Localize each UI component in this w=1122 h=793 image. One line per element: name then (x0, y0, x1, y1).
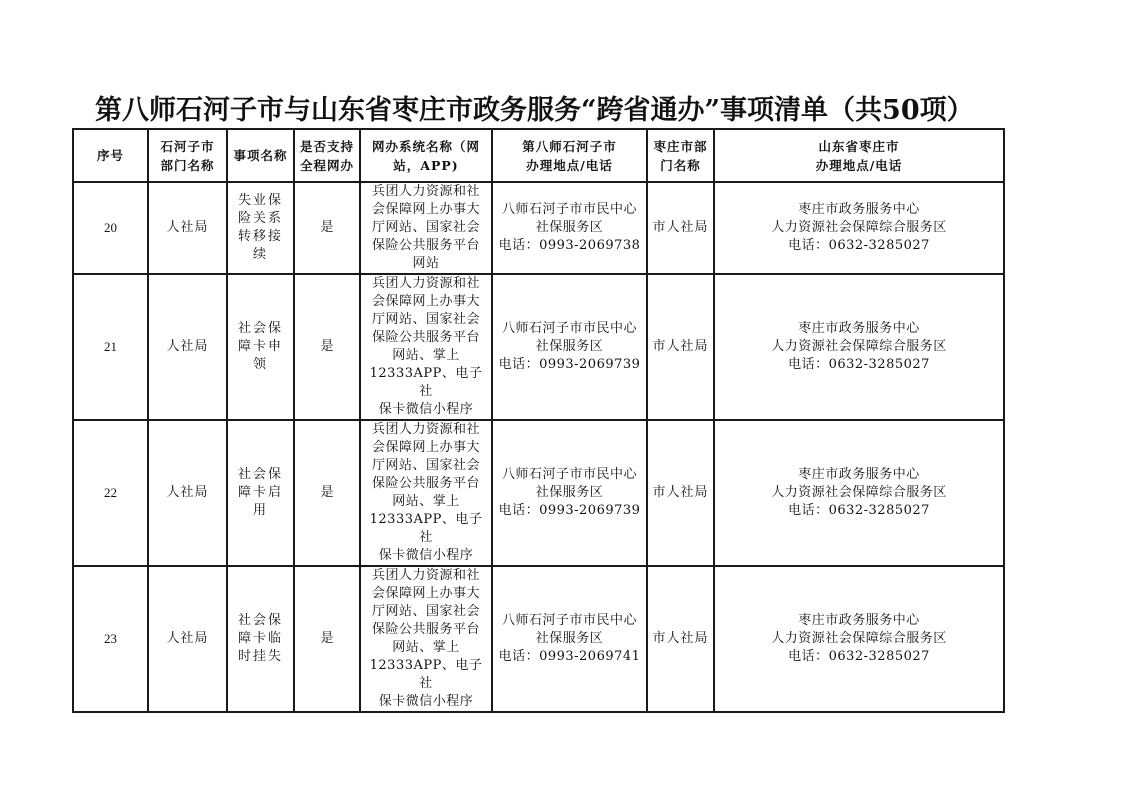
cell-no: 21 (73, 274, 148, 420)
header-system: 网办系统名称（网站，APP) (360, 129, 492, 182)
cell-shz-location: 八师石河子市市民中心社保服务区电话：0993-2069739 (492, 420, 647, 566)
cell-item-name: 失业保险关系转移接续 (227, 182, 294, 274)
cell-shz-dept: 人社局 (148, 182, 227, 274)
cell-shz-dept: 人社局 (148, 566, 227, 712)
cell-system: 兵团人力资源和社会保障网上办事大厅网站、国家社会保险公共服务平台网站 (360, 182, 492, 274)
cell-online: 是 (294, 420, 360, 566)
cell-online: 是 (294, 182, 360, 274)
header-item-name: 事项名称 (227, 129, 294, 182)
cell-shz-dept: 人社局 (148, 274, 227, 420)
services-table: 序号 石河子市部门名称 事项名称 是否支持全程网办 网办系统名称（网站，APP)… (72, 128, 1005, 713)
table-row: 21 人社局 社会保障卡申领 是 兵团人力资源和社会保障网上办事大厅网站、国家社… (73, 274, 1004, 420)
header-shz-dept: 石河子市部门名称 (148, 129, 227, 182)
cell-no: 22 (73, 420, 148, 566)
cell-item-name: 社会保障卡启用 (227, 420, 294, 566)
table-row: 23 人社局 社会保障卡临时挂失 是 兵团人力资源和社会保障网上办事大厅网站、国… (73, 566, 1004, 712)
cell-item-name: 社会保障卡临时挂失 (227, 566, 294, 712)
cell-item-name: 社会保障卡申领 (227, 274, 294, 420)
header-shz-location: 第八师石河子市办理地点/电话 (492, 129, 647, 182)
header-zz-dept: 枣庄市部门名称 (647, 129, 714, 182)
cell-shz-location: 八师石河子市市民中心社保服务区电话：0993-2069741 (492, 566, 647, 712)
cell-no: 20 (73, 182, 148, 274)
cell-shz-location: 八师石河子市市民中心社保服务区电话：0993-2069739 (492, 274, 647, 420)
cell-shz-dept: 人社局 (148, 420, 227, 566)
document-title: 第八师石河子市与山东省枣庄市政务服务“跨省通办”事项清单（共50项） (95, 93, 1015, 129)
cell-system: 兵团人力资源和社会保障网上办事大厅网站、国家社会保险公共服务平台网站、掌上123… (360, 566, 492, 712)
cell-shz-location: 八师石河子市市民中心社保服务区电话：0993-2069738 (492, 182, 647, 274)
cell-system: 兵团人力资源和社会保障网上办事大厅网站、国家社会保险公共服务平台网站、掌上123… (360, 420, 492, 566)
cell-zz-dept: 市人社局 (647, 274, 714, 420)
cell-zz-dept: 市人社局 (647, 420, 714, 566)
cell-zz-location: 枣庄市政务服务中心人力资源社会保障综合服务区电话：0632-3285027 (714, 182, 1004, 274)
cell-system: 兵团人力资源和社会保障网上办事大厅网站、国家社会保险公共服务平台网站、掌上123… (360, 274, 492, 420)
cell-online: 是 (294, 566, 360, 712)
cell-zz-location: 枣庄市政务服务中心人力资源社会保障综合服务区电话：0632-3285027 (714, 274, 1004, 420)
cell-no: 23 (73, 566, 148, 712)
header-online: 是否支持全程网办 (294, 129, 360, 182)
table-row: 22 人社局 社会保障卡启用 是 兵团人力资源和社会保障网上办事大厅网站、国家社… (73, 420, 1004, 566)
header-row: 序号 石河子市部门名称 事项名称 是否支持全程网办 网办系统名称（网站，APP)… (73, 129, 1004, 182)
cell-zz-dept: 市人社局 (647, 566, 714, 712)
cell-zz-dept: 市人社局 (647, 182, 714, 274)
header-no: 序号 (73, 129, 148, 182)
table-row: 20 人社局 失业保险关系转移接续 是 兵团人力资源和社会保障网上办事大厅网站、… (73, 182, 1004, 274)
cell-zz-location: 枣庄市政务服务中心人力资源社会保障综合服务区电话：0632-3285027 (714, 420, 1004, 566)
cell-online: 是 (294, 274, 360, 420)
cell-zz-location: 枣庄市政务服务中心人力资源社会保障综合服务区电话：0632-3285027 (714, 566, 1004, 712)
header-zz-location: 山东省枣庄市办理地点/电话 (714, 129, 1004, 182)
